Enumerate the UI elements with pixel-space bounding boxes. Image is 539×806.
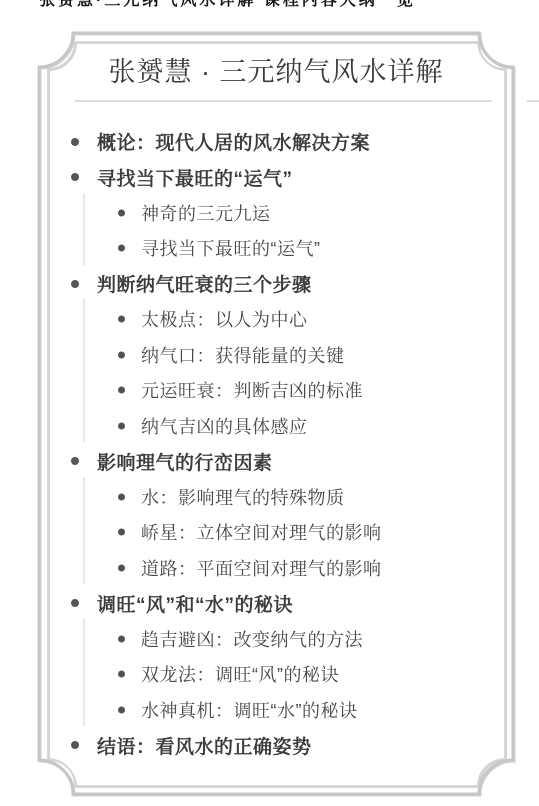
card-title: 张赟慧 · 三元纳气风水详解 [39,55,513,89]
bullet-icon [71,173,79,181]
bullet-icon [71,280,79,288]
outline-subitem: 峤星：立体空间对理气的影响 [0,515,539,551]
outline-subitem-label: 道路：平面空间对理气的影响 [141,555,382,581]
bullet-icon [71,457,79,465]
outline-item-label: 结语：看风水的正确姿势 [97,732,312,759]
bullet-icon [118,316,125,323]
outline-item: 调旺“风”和“水”的秘诀 [0,586,539,622]
outline-subitem: 寻找当下最旺的“运气” [0,231,539,267]
outline-subitem-label: 纳气口：获得能量的关键 [141,342,345,368]
outline-subitem: 神奇的三元九运 [0,195,539,231]
outline-item-label: 寻找当下最旺的“运气” [97,164,293,191]
outline-subitem: 道路：平面空间对理气的影响 [0,550,539,586]
outline-subitem: 水：影响理气的特殊物质 [0,479,539,515]
outline-subitem: 纳气吉凶的具体感应 [0,408,539,444]
outline-subitem: 纳气口：获得能量的关键 [0,337,539,373]
bullet-icon [118,635,125,642]
subgroup-guide-line [83,619,85,727]
subgroup-guide-line [83,193,85,265]
outline-item-label: 调旺“风”和“水”的秘诀 [97,590,293,617]
outline-item-label: 判断纳气旺衰的三个步骤 [97,270,312,297]
outline-subitem-label: 纳气吉凶的具体感应 [141,413,308,439]
outline-item-label: 概论：现代人居的风水解决方案 [97,128,370,155]
outline-subitem-label: 元运旺衰：判断吉凶的标准 [141,377,363,403]
outline-item: 影响理气的行峦因素 [0,444,539,480]
subgroup-guide-line [83,477,85,585]
bullet-icon [71,599,79,607]
outline-subitem: 双龙法：调旺“风”的秘诀 [0,657,539,693]
bullet-icon [118,209,125,216]
outline-subitem-label: 神奇的三元九运 [141,200,271,226]
bullet-icon [71,138,79,146]
outline-subitem: 趋吉避凶：改变纳气的方法 [0,621,539,657]
outline-subitem-label: 太极点：以人为中心 [141,306,308,332]
outline-subitem-label: 峤星：立体空间对理气的影响 [141,519,382,545]
outline-subitem-label: 趋吉避凶：改变纳气的方法 [141,626,363,652]
outline-subitem-label: 水：影响理气的特殊物质 [141,484,345,510]
bullet-icon [118,245,125,252]
bullet-icon [118,387,125,394]
outline-item-label: 影响理气的行峦因素 [97,448,273,475]
bullet-icon [118,564,125,571]
bullet-icon [118,706,125,713]
outline-subitem: 水神真机：调旺“水”的秘诀 [0,692,539,728]
title-divider [75,100,492,102]
outline-item: 结语：看风水的正确姿势 [0,728,539,764]
outline-list: 概论：现代人居的风水解决方案寻找当下最旺的“运气”神奇的三元九运寻找当下最旺的“… [0,124,539,763]
outline-item: 寻找当下最旺的“运气” [0,160,539,196]
outline-item: 判断纳气旺衰的三个步骤 [0,266,539,302]
outline-subitem: 太极点：以人为中心 [0,302,539,338]
outline-subitem-label: 水神真机：调旺“水”的秘诀 [141,697,358,723]
bullet-icon [118,671,125,678]
title-divider-outer-segment [527,100,539,102]
bullet-icon [118,422,125,429]
bullet-icon [71,741,79,749]
bullet-icon [118,351,125,358]
page: { "top_bar": { "clipped_text": "张赟慧·三元纳气… [0,0,539,806]
outline-subitem-label: 寻找当下最旺的“运气” [141,235,321,261]
bullet-icon [118,529,125,536]
outline-subitem-label: 双龙法：调旺“风”的秘诀 [141,661,339,687]
bullet-icon [118,493,125,500]
subgroup-guide-line [83,299,85,442]
outline-item: 概论：现代人居的风水解决方案 [0,124,539,160]
outline-subitem: 元运旺衰：判断吉凶的标准 [0,373,539,409]
